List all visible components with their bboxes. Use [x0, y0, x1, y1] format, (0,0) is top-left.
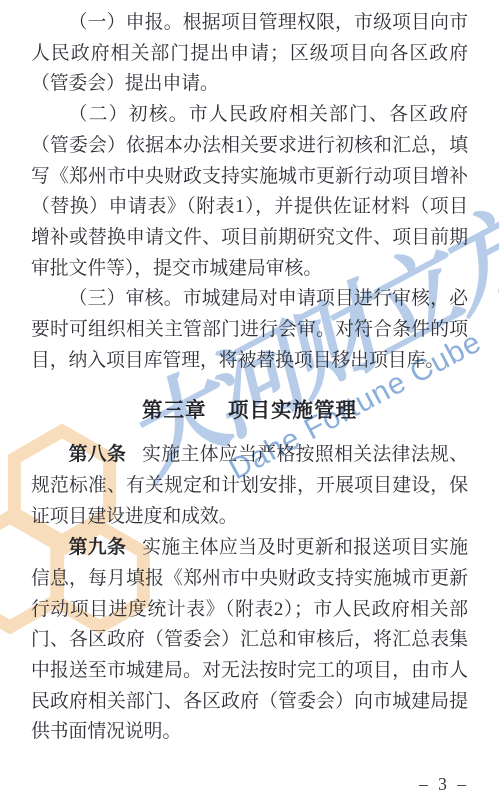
document-page: 大河财立方 Dahe Fortune Cube （一）申报。根据项目管理权限，市…: [0, 0, 499, 808]
page-number: – 3 –: [419, 774, 469, 795]
article-paragraph: 第八条实施主体应当严格按照相关法律法规、规范标准、有关规定和计划安排，开展项目建…: [31, 439, 468, 532]
body-paragraph: （二）初核。市人民政府相关部门、各区政府（管委会）依据本办法相关要求进行初核和汇…: [31, 100, 468, 284]
document-body: （一）申报。根据项目管理权限，市级项目向市人民政府相关部门提出申请；区级项目向各…: [31, 8, 468, 748]
article-number: 第八条: [69, 443, 127, 464]
body-paragraph: （三）审核。市城建局对申请项目进行审核，必要时可组织相关主管部门进行会审。对符合…: [31, 284, 468, 376]
article-paragraph: 第九条实施主体应当及时更新和报送项目实施信息，每月填报《郑州市中央财政支持实施城…: [31, 532, 468, 748]
chapter-heading: 第三章 项目实施管理: [31, 396, 468, 427]
body-paragraph: （一）申报。根据项目管理权限，市级项目向市人民政府相关部门提出申请；区级项目向各…: [31, 8, 468, 100]
article-text: 实施主体应当及时更新和报送项目实施信息，每月填报《郑州市中央财政支持实施城市更新…: [31, 537, 468, 742]
article-number: 第九条: [69, 536, 127, 557]
